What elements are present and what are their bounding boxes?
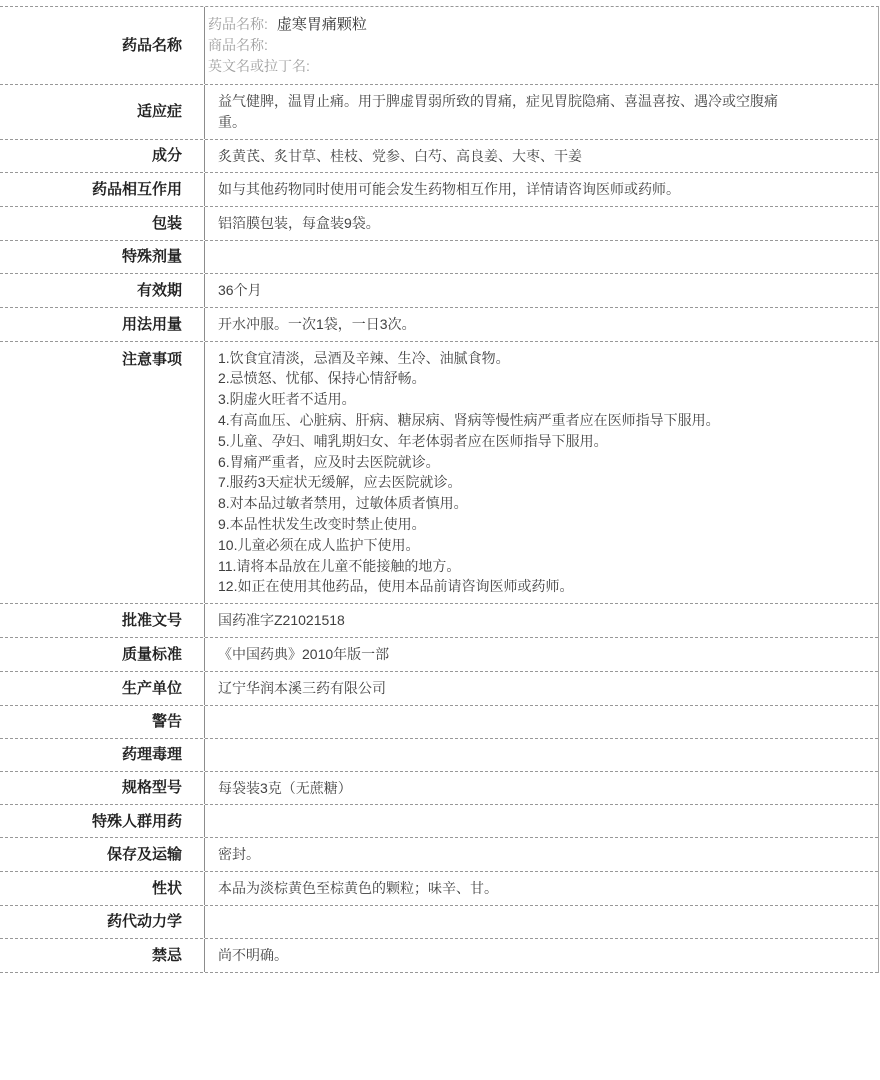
row-label-cell: 特殊剂量 <box>0 241 205 273</box>
row-value-cell <box>205 739 878 771</box>
value-line: 5.儿童、孕妇、哺乳期妇女、年老体弱者应在医师指导下服用。 <box>218 431 784 452</box>
row-label-cell: 性状 <box>0 872 205 905</box>
row-value-cell: 如与其他药物同时使用可能会发生药物相互作用，详情请咨询医师或药师。 <box>205 173 878 206</box>
row-value-cell <box>205 805 878 837</box>
value-line: 2.忌愤怒、忧郁、保持心情舒畅。 <box>218 368 784 389</box>
row-value-cell <box>205 241 878 273</box>
value-line: 铝箔膜包装，每盒装9袋。 <box>218 213 784 234</box>
value-line: 1.饮食宜清淡，忌酒及辛辣、生冷、油腻食物。 <box>218 348 784 369</box>
row-label-cell: 规格型号 <box>0 772 205 805</box>
row-value-cell: 本品为淡棕黄色至棕黄色的颗粒；味辛、甘。 <box>205 872 878 905</box>
row-special-populations: 特殊人群用药 <box>0 805 878 838</box>
value-line: 6.胃痛严重者，应及时去医院就诊。 <box>218 452 784 473</box>
row-value-cell: 开水冲服。一次1袋，一日3次。 <box>205 308 878 341</box>
row-value-cell: 药品名称:虚寒胃痛颗粒商品名称:英文名或拉丁名: <box>205 7 878 84</box>
row-label-cell: 禁忌 <box>0 939 205 972</box>
row-properties: 性状 本品为淡棕黄色至棕黄色的颗粒；味辛、甘。 <box>0 872 878 906</box>
row-manufacturer: 生产单位 辽宁华润本溪三药有限公司 <box>0 672 878 706</box>
row-value-cell <box>205 906 878 938</box>
row-dosage-administration: 用法用量 开水冲服。一次1袋，一日3次。 <box>0 308 878 342</box>
value-line: 本品为淡棕黄色至棕黄色的颗粒；味辛、甘。 <box>218 878 784 899</box>
value-line: 《中国药典》2010年版一部 <box>218 644 784 665</box>
field-label: 药品名称: <box>208 16 268 32</box>
value-line: 3.阴虚火旺者不适用。 <box>218 389 784 410</box>
row-label: 警告 <box>152 711 182 732</box>
row-label: 规格型号 <box>122 777 182 798</box>
row-label-cell: 保存及运输 <box>0 838 205 871</box>
value-line: 10.儿童必须在成人监护下使用。 <box>218 535 784 556</box>
name-field-line: 商品名称: <box>208 35 868 56</box>
row-value-cell: 铝箔膜包装，每盒装9袋。 <box>205 207 878 240</box>
row-label: 包装 <box>152 213 182 234</box>
row-label: 药品名称 <box>122 35 182 56</box>
value-line: 尚不明确。 <box>218 945 784 966</box>
row-label-cell: 注意事项 <box>0 342 205 604</box>
row-label-cell: 包装 <box>0 207 205 240</box>
row-value-cell <box>205 706 878 738</box>
value-line: 每袋装3克（无蔗糖） <box>218 778 784 799</box>
row-value-cell: 36个月 <box>205 274 878 307</box>
row-specification: 规格型号 每袋装3克（无蔗糖） <box>0 772 878 806</box>
value-line: 国药准字Z21021518 <box>218 610 784 631</box>
value-line: 如与其他药物同时使用可能会发生药物相互作用，详情请咨询医师或药师。 <box>218 179 784 200</box>
row-label: 性状 <box>152 878 182 899</box>
row-label: 特殊人群用药 <box>92 811 182 832</box>
drug-info-table: 药品名称 药品名称:虚寒胃痛颗粒商品名称:英文名或拉丁名: 适应症 益气健脾，温… <box>0 6 879 973</box>
row-label: 药品相互作用 <box>92 179 182 200</box>
value-line: 36个月 <box>218 280 784 301</box>
row-label-cell: 特殊人群用药 <box>0 805 205 837</box>
row-label: 用法用量 <box>122 314 182 335</box>
row-label-cell: 药品相互作用 <box>0 173 205 206</box>
row-value-cell: 炙黄芪、炙甘草、桂枝、党参、白芍、高良姜、大枣、干姜 <box>205 140 878 173</box>
row-label-cell: 成分 <box>0 140 205 173</box>
row-label: 药理毒理 <box>122 744 182 765</box>
value-line: 辽宁华润本溪三药有限公司 <box>218 678 784 699</box>
row-label-cell: 药代动力学 <box>0 906 205 938</box>
row-label: 禁忌 <box>152 945 182 966</box>
row-label: 保存及运输 <box>107 844 182 865</box>
value-line: 12.如正在使用其他药品，使用本品前请咨询医师或药师。 <box>218 576 784 597</box>
row-value-cell: 辽宁华润本溪三药有限公司 <box>205 672 878 705</box>
row-label-cell: 药品名称 <box>0 7 205 84</box>
row-quality-standard: 质量标准 《中国药典》2010年版一部 <box>0 638 878 672</box>
value-line: 开水冲服。一次1袋，一日3次。 <box>218 314 784 335</box>
value-line: 11.请将本品放在儿童不能接触的地方。 <box>218 556 784 577</box>
row-label-cell: 生产单位 <box>0 672 205 705</box>
row-value-cell: 国药准字Z21021518 <box>205 604 878 637</box>
value-line: 8.对本品过敏者禁用，过敏体质者慎用。 <box>218 493 784 514</box>
value-line: 4.有高血压、心脏病、肝病、糖尿病、肾病等慢性病严重者应在医师指导下服用。 <box>218 410 784 431</box>
value-line: 密封。 <box>218 844 784 865</box>
row-shelf-life: 有效期 36个月 <box>0 274 878 308</box>
row-label-cell: 质量标准 <box>0 638 205 671</box>
row-contraindications: 禁忌 尚不明确。 <box>0 939 878 973</box>
row-label: 药代动力学 <box>107 911 182 932</box>
value-line: 7.服药3天症状无缓解，应去医院就诊。 <box>218 472 784 493</box>
row-label-cell: 药理毒理 <box>0 739 205 771</box>
row-label: 适应症 <box>137 101 182 122</box>
value-line: 炙黄芪、炙甘草、桂枝、党参、白芍、高良姜、大枣、干姜 <box>218 146 784 167</box>
row-drug-interactions: 药品相互作用 如与其他药物同时使用可能会发生药物相互作用，详情请咨询医师或药师。 <box>0 173 878 207</box>
name-field-line: 英文名或拉丁名: <box>208 56 868 77</box>
row-label: 生产单位 <box>122 678 182 699</box>
row-label-cell: 警告 <box>0 706 205 738</box>
value-line: 益气健脾，温胃止痛。用于脾虚胃弱所致的胃痛，症见胃脘隐痛、喜温喜按、遇冷或空腹痛… <box>218 91 784 133</box>
row-warning: 警告 <box>0 706 878 739</box>
row-ingredients: 成分 炙黄芪、炙甘草、桂枝、党参、白芍、高良姜、大枣、干姜 <box>0 140 878 174</box>
row-pharmacology-toxicology: 药理毒理 <box>0 739 878 772</box>
row-label: 质量标准 <box>122 644 182 665</box>
row-label-cell: 批准文号 <box>0 604 205 637</box>
row-value-cell: 每袋装3克（无蔗糖） <box>205 772 878 805</box>
row-label-cell: 适应症 <box>0 85 205 139</box>
row-value-cell: 1.饮食宜清淡，忌酒及辛辣、生冷、油腻食物。2.忌愤怒、忧郁、保持心情舒畅。3.… <box>205 342 878 604</box>
row-label-cell: 用法用量 <box>0 308 205 341</box>
row-packaging: 包装 铝箔膜包装，每盒装9袋。 <box>0 207 878 241</box>
row-approval-number: 批准文号 国药准字Z21021518 <box>0 604 878 638</box>
row-pharmacokinetics: 药代动力学 <box>0 906 878 939</box>
row-value-cell: 益气健脾，温胃止痛。用于脾虚胃弱所致的胃痛，症见胃脘隐痛、喜温喜按、遇冷或空腹痛… <box>205 85 878 139</box>
row-value-cell: 《中国药典》2010年版一部 <box>205 638 878 671</box>
row-label: 有效期 <box>137 280 182 301</box>
row-storage-transport: 保存及运输 密封。 <box>0 838 878 872</box>
row-label: 特殊剂量 <box>122 246 182 267</box>
row-label-cell: 有效期 <box>0 274 205 307</box>
row-value-cell: 尚不明确。 <box>205 939 878 972</box>
row-label: 批准文号 <box>122 610 182 631</box>
row-special-dosage: 特殊剂量 <box>0 241 878 274</box>
row-label: 注意事项 <box>122 349 182 370</box>
row-indications: 适应症 益气健脾，温胃止痛。用于脾虚胃弱所致的胃痛，症见胃脘隐痛、喜温喜按、遇冷… <box>0 85 878 140</box>
field-label: 商品名称: <box>208 37 268 53</box>
field-value: 虚寒胃痛颗粒 <box>277 16 367 33</box>
row-label: 成分 <box>152 145 182 166</box>
field-label: 英文名或拉丁名: <box>208 58 310 74</box>
value-line: 9.本品性状发生改变时禁止使用。 <box>218 514 784 535</box>
name-field-line: 药品名称:虚寒胃痛颗粒 <box>208 14 868 35</box>
row-value-cell: 密封。 <box>205 838 878 871</box>
row-precautions: 注意事项 1.饮食宜清淡，忌酒及辛辣、生冷、油腻食物。2.忌愤怒、忧郁、保持心情… <box>0 342 878 605</box>
row-drug-name: 药品名称 药品名称:虚寒胃痛颗粒商品名称:英文名或拉丁名: <box>0 7 878 85</box>
